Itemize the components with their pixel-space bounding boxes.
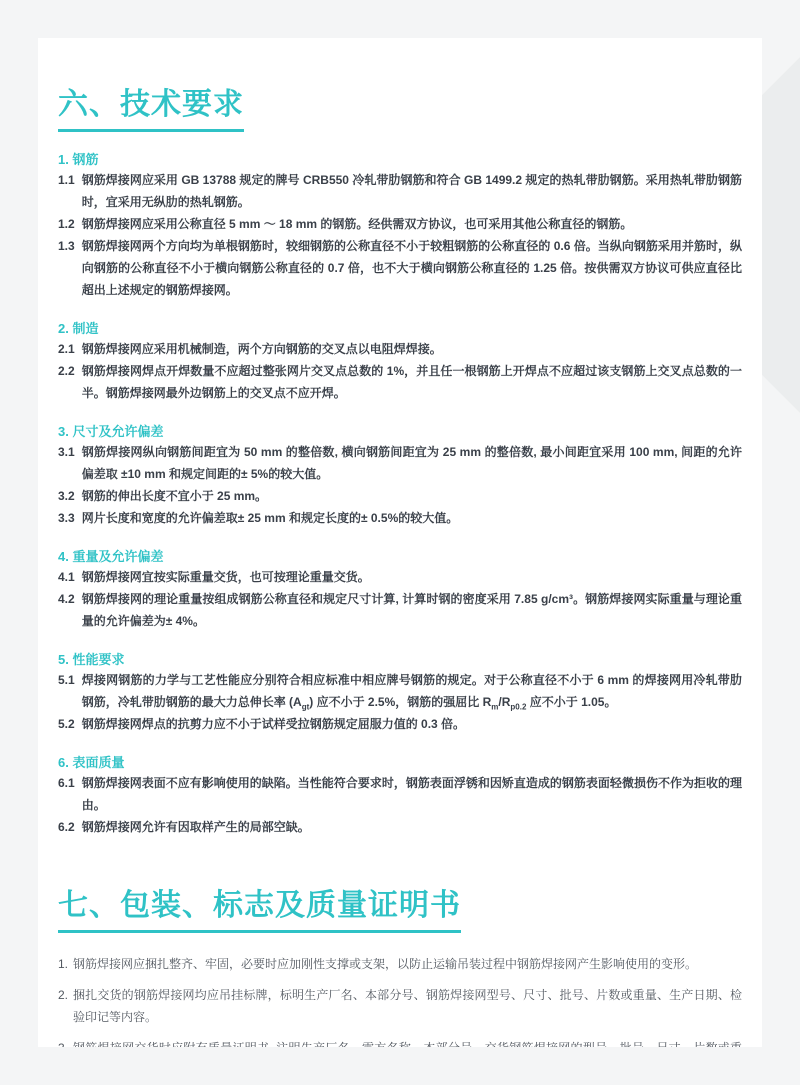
item-text: 捆扎交货的钢筋焊接网均应吊挂标牌，标明生产厂名、本部分号、钢筋焊接网型号、尺寸、… <box>73 984 742 1028</box>
item-number: 4.1 <box>58 566 75 588</box>
item-text: 钢筋焊接网两个方向均为单根钢筋时，较细钢筋的公称直径不小于较粗钢筋的公称直径的 … <box>82 235 742 301</box>
item-text: 钢筋焊接网应采用机械制造，两个方向钢筋的交叉点以电阻焊焊接。 <box>82 338 742 360</box>
list-item: 3. 钢筋焊接网交货时应附有质量证明书, 注明生产厂名、需方名称、本部分号、交货… <box>58 1037 742 1047</box>
list-item: 5.1 焊接网钢筋的力学与工艺性能应分别符合相应标准中相应牌号钢筋的规定。对于公… <box>58 669 742 713</box>
item-number: 3.1 <box>58 441 75 485</box>
section-4-weight: 4. 重量及允许偏差 4.1 钢筋焊接网宜按实际重量交货，也可按理论重量交货。 … <box>58 548 742 632</box>
document-page: 六、技术要求 1. 钢筋 1.1 钢筋焊接网应采用 GB 13788 规定的牌号… <box>38 38 762 1047</box>
item-text: 钢筋焊接网焊点开焊数量不应超过整张网片交叉点总数的 1%，并且任一根钢筋上开焊点… <box>82 360 742 404</box>
chapter-6-title-wrap: 六、技术要求 <box>58 90 742 132</box>
item-number: 6.1 <box>58 772 75 816</box>
section-heading: 4. 重量及允许偏差 <box>58 548 742 566</box>
chapter-7-title: 七、包装、标志及质量证明书 <box>58 891 461 933</box>
item-number: 3.2 <box>58 485 75 507</box>
list-item: 2.2 钢筋焊接网焊点开焊数量不应超过整张网片交叉点总数的 1%，并且任一根钢筋… <box>58 360 742 404</box>
item-number: 2. <box>58 984 68 1028</box>
item-text: 焊接网钢筋的力学与工艺性能应分别符合相应标准中相应牌号钢筋的规定。对于公称直径不… <box>82 669 742 713</box>
list-item: 1. 钢筋焊接网应捆扎整齐、牢固，必要时应加刚性支撑或支架，以防止运输吊装过程中… <box>58 953 742 975</box>
item-text: 钢筋焊接网焊点的抗剪力应不小于试样受拉钢筋规定屈服力值的 0.3 倍。 <box>82 713 742 735</box>
item-text: 网片长度和宽度的允许偏差取± 25 mm 和规定长度的± 0.5%的较大值。 <box>82 507 742 529</box>
list-item: 3.2 钢筋的伸出长度不宜小于 25 mm。 <box>58 485 742 507</box>
item-text: 钢筋焊接网交货时应附有质量证明书, 注明生产厂名、需方名称、本部分号、交货钢筋焊… <box>73 1037 742 1047</box>
page-background: { "colors":{ "accent_teal":"#2fc2c6", "b… <box>0 0 800 1085</box>
item-number: 2.1 <box>58 338 75 360</box>
list-item: 4.2 钢筋焊接网的理论重量按组成钢筋公称直径和规定尺寸计算, 计算时钢的密度采… <box>58 588 742 632</box>
item-number: 5.2 <box>58 713 75 735</box>
item-number: 5.1 <box>58 669 75 713</box>
chapter-6-title: 六、技术要求 <box>58 90 244 132</box>
section-heading: 3. 尺寸及允许偏差 <box>58 423 742 441</box>
subscript-p02: p0.2 <box>510 702 526 711</box>
item-number: 6.2 <box>58 816 75 838</box>
list-item: 5.2 钢筋焊接网焊点的抗剪力应不小于试样受拉钢筋规定屈服力值的 0.3 倍。 <box>58 713 742 735</box>
list-item: 6.2 钢筋焊接网允许有因取样产生的局部空缺。 <box>58 816 742 838</box>
section-2-manufacture: 2. 制造 2.1 钢筋焊接网应采用机械制造，两个方向钢筋的交叉点以电阻焊焊接。… <box>58 320 742 404</box>
list-item: 3.1 钢筋焊接网纵向钢筋间距宜为 50 mm 的整倍数, 横向钢筋间距宜为 2… <box>58 441 742 485</box>
list-item: 4.1 钢筋焊接网宜按实际重量交货，也可按理论重量交货。 <box>58 566 742 588</box>
section-5-performance: 5. 性能要求 5.1 焊接网钢筋的力学与工艺性能应分别符合相应标准中相应牌号钢… <box>58 651 742 735</box>
item-number: 4.2 <box>58 588 75 632</box>
chapter-7-paragraphs: 1. 钢筋焊接网应捆扎整齐、牢固，必要时应加刚性支撑或支架，以防止运输吊装过程中… <box>58 953 742 1047</box>
section-heading: 1. 钢筋 <box>58 151 742 169</box>
chapter-7-wrap: 七、包装、标志及质量证明书 1. 钢筋焊接网应捆扎整齐、牢固，必要时应加刚性支撑… <box>58 891 742 1047</box>
item-text: 钢筋焊接网应捆扎整齐、牢固，必要时应加刚性支撑或支架，以防止运输吊装过程中钢筋焊… <box>73 953 742 975</box>
section-heading: 6. 表面质量 <box>58 754 742 772</box>
item-text: 钢筋焊接网应采用公称直径 5 mm ～ 18 mm 的钢筋。经供需双方协议，也可… <box>82 213 742 235</box>
list-item: 2. 捆扎交货的钢筋焊接网均应吊挂标牌，标明生产厂名、本部分号、钢筋焊接网型号、… <box>58 984 742 1028</box>
item-number: 3.3 <box>58 507 75 529</box>
item-text: 钢筋焊接网宜按实际重量交货，也可按理论重量交货。 <box>82 566 742 588</box>
list-item: 2.1 钢筋焊接网应采用机械制造，两个方向钢筋的交叉点以电阻焊焊接。 <box>58 338 742 360</box>
item-text: 钢筋焊接网的理论重量按组成钢筋公称直径和规定尺寸计算, 计算时钢的密度采用 7.… <box>82 588 742 632</box>
list-item: 1.3 钢筋焊接网两个方向均为单根钢筋时，较细钢筋的公称直径不小于较粗钢筋的公称… <box>58 235 742 301</box>
item-text: 钢筋焊接网允许有因取样产生的局部空缺。 <box>82 816 742 838</box>
item-text: 钢筋焊接网应采用 GB 13788 规定的牌号 CRB550 冷轧带肋钢筋和符合… <box>82 169 742 213</box>
item-text: 钢筋焊接网表面不应有影响使用的缺陷。当性能符合要求时，钢筋表面浮锈和因矫直造成的… <box>82 772 742 816</box>
list-item: 1.2 钢筋焊接网应采用公称直径 5 mm ～ 18 mm 的钢筋。经供需双方协… <box>58 213 742 235</box>
item-number: 2.2 <box>58 360 75 404</box>
item-text: 钢筋的伸出长度不宜小于 25 mm。 <box>82 485 742 507</box>
item-text-segment: 应不小于 1.05。 <box>526 695 616 709</box>
list-item: 3.3 网片长度和宽度的允许偏差取± 25 mm 和规定长度的± 0.5%的较大… <box>58 507 742 529</box>
list-item: 1.1 钢筋焊接网应采用 GB 13788 规定的牌号 CRB550 冷轧带肋钢… <box>58 169 742 213</box>
item-number: 1. <box>58 953 68 975</box>
item-text-segment: ) 应不小于 2.5%，钢筋的强屈比 R <box>309 695 491 709</box>
section-heading: 5. 性能要求 <box>58 651 742 669</box>
item-text-segment: /R <box>498 695 510 709</box>
item-number: 3. <box>58 1037 68 1047</box>
section-3-dimensions: 3. 尺寸及允许偏差 3.1 钢筋焊接网纵向钢筋间距宜为 50 mm 的整倍数,… <box>58 423 742 529</box>
item-number: 1.3 <box>58 235 75 301</box>
section-6-surface-quality: 6. 表面质量 6.1 钢筋焊接网表面不应有影响使用的缺陷。当性能符合要求时，钢… <box>58 754 742 838</box>
section-heading: 2. 制造 <box>58 320 742 338</box>
list-item: 6.1 钢筋焊接网表面不应有影响使用的缺陷。当性能符合要求时，钢筋表面浮锈和因矫… <box>58 772 742 816</box>
item-text: 钢筋焊接网纵向钢筋间距宜为 50 mm 的整倍数, 横向钢筋间距宜为 25 mm… <box>82 441 742 485</box>
section-1-rebar: 1. 钢筋 1.1 钢筋焊接网应采用 GB 13788 规定的牌号 CRB550… <box>58 151 742 301</box>
item-number: 1.1 <box>58 169 75 213</box>
item-number: 1.2 <box>58 213 75 235</box>
